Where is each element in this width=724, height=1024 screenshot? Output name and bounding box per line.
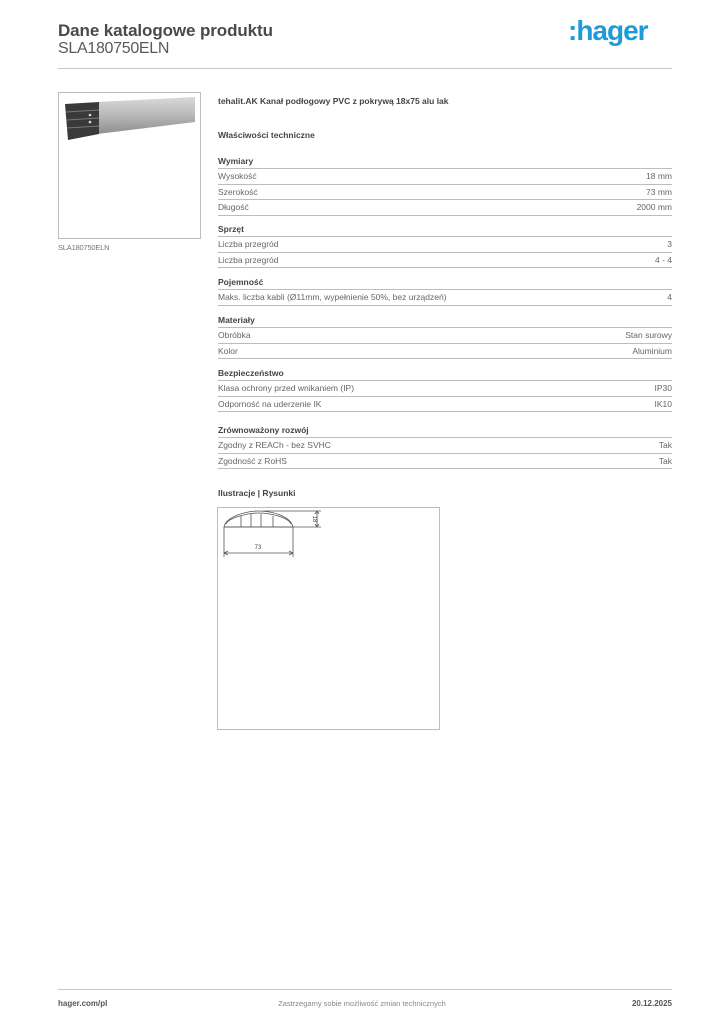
spec-row: Odporność na uderzenie IKIK10 <box>218 397 672 413</box>
spec-row: Długość2000 mm <box>218 200 672 216</box>
spec-label: Kolor <box>218 344 238 359</box>
spec-section-safety: Bezpieczeństwo Klasa ochrony przed wnika… <box>218 367 672 412</box>
product-image-caption: SLA180750ELN <box>58 243 109 252</box>
spec-section-sustainability: Zrównoważony rozwój Zgodny z REACh - bez… <box>218 424 672 469</box>
spec-value: 2000 mm <box>637 200 672 215</box>
page-title: Dane katalogowe produktu <box>58 21 273 41</box>
spec-section-title: Pojemność <box>218 276 672 290</box>
spec-row: Liczba przegród4 - 4 <box>218 253 672 269</box>
spec-label: Liczba przegród <box>218 237 278 252</box>
spec-section-hardware: Sprzęt Liczba przegród3 Liczba przegród4… <box>218 223 672 268</box>
spec-section-title: Zrównoważony rozwój <box>218 424 672 438</box>
spec-section-capacity: Pojemność Maks. liczba kabli (Ø11mm, wyp… <box>218 276 672 306</box>
spec-label: Zgodny z REACh - bez SVHC <box>218 438 331 453</box>
illustrations-title: Ilustracje | Rysunki <box>218 488 296 498</box>
duct-profile-drawing-icon: 73 18 <box>218 508 439 729</box>
spec-row: Wysokość18 mm <box>218 169 672 185</box>
spec-row: Zgodność z RoHSTak <box>218 454 672 470</box>
spec-section-title: Wymiary <box>218 155 672 169</box>
spec-label: Obróbka <box>218 328 251 343</box>
spec-row: Maks. liczba kabli (Ø11mm, wypełnienie 5… <box>218 290 672 306</box>
footer-date: 20.12.2025 <box>632 999 672 1008</box>
spec-value: 3 <box>667 237 672 252</box>
spec-label: Liczba przegród <box>218 253 278 268</box>
spec-label: Długość <box>218 200 249 215</box>
spec-value: IK10 <box>655 397 673 412</box>
spec-value: 18 mm <box>646 169 672 184</box>
spec-label: Odporność na uderzenie IK <box>218 397 321 412</box>
technical-properties-title: Właściwości techniczne <box>218 130 315 140</box>
spec-label: Szerokość <box>218 185 258 200</box>
spec-row: Klasa ochrony przed wnikaniem (IP)IP30 <box>218 381 672 397</box>
spec-label: Zgodność z RoHS <box>218 454 287 469</box>
spec-label: Maks. liczba kabli (Ø11mm, wypełnienie 5… <box>218 290 447 305</box>
spec-value: Stan surowy <box>625 328 672 343</box>
spec-value: Aluminium <box>632 344 672 359</box>
header-divider <box>58 68 672 69</box>
spec-label: Wysokość <box>218 169 257 184</box>
spec-label: Klasa ochrony przed wnikaniem (IP) <box>218 381 354 396</box>
cable-duct-icon <box>59 93 200 238</box>
spec-value: 4 <box>667 290 672 305</box>
spec-section-title: Sprzęt <box>218 223 672 237</box>
spec-value: Tak <box>659 454 672 469</box>
spec-section-dimensions: Wymiary Wysokość18 mm Szerokość73 mm Dłu… <box>218 155 672 216</box>
spec-row: Szerokość73 mm <box>218 185 672 201</box>
height-dimension-label: 18 <box>311 516 317 523</box>
width-dimension-label: 73 <box>255 545 262 551</box>
product-name: tehalit.AK Kanał podłogowy PVC z pokrywą… <box>218 96 449 106</box>
footer-divider <box>58 989 672 990</box>
spec-section-title: Bezpieczeństwo <box>218 367 672 381</box>
spec-value: 4 - 4 <box>655 253 672 268</box>
spec-section-title: Materiały <box>218 314 672 328</box>
technical-drawing: 73 18 <box>217 507 440 730</box>
spec-value: 73 mm <box>646 185 672 200</box>
footer-disclaimer: Zastrzegamy sobie możliwość zmian techni… <box>0 999 724 1008</box>
hager-logo: :hager <box>568 15 648 47</box>
spec-section-materials: Materiały ObróbkaStan surowy KolorAlumin… <box>218 314 672 359</box>
spec-row: ObróbkaStan surowy <box>218 328 672 344</box>
spec-row: Zgodny z REACh - bez SVHCTak <box>218 438 672 454</box>
product-code: SLA180750ELN <box>58 40 169 58</box>
spec-value: Tak <box>659 438 672 453</box>
spec-row: Liczba przegród3 <box>218 237 672 253</box>
product-image <box>58 92 201 239</box>
spec-value: IP30 <box>655 381 673 396</box>
spec-row: KolorAluminium <box>218 344 672 360</box>
